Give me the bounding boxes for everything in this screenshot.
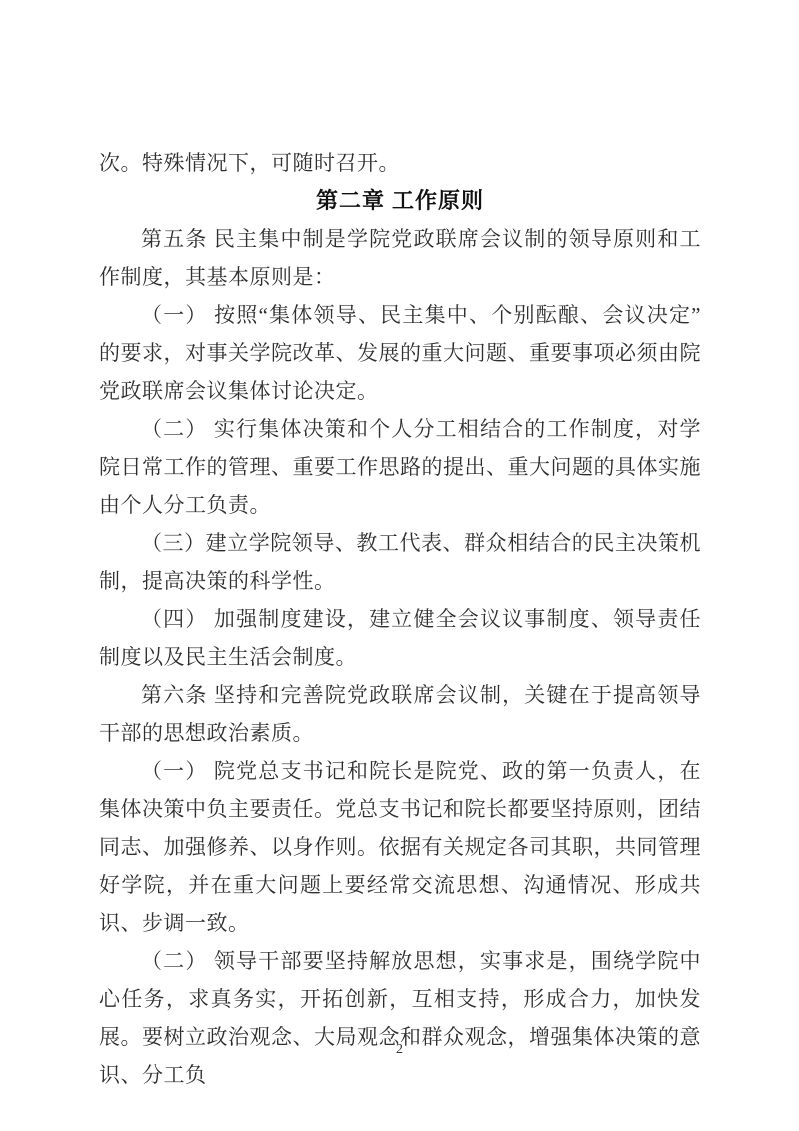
document-page: 次。特殊情况下，可随时召开。 第二章 工作原则 第五条 民主集中制是学院党政联席…: [0, 0, 799, 1131]
paragraph-item-3: （三）建立学院领导、教工代表、群众相结合的民主决策机制，提高决策的科学性。: [99, 524, 701, 600]
paragraph-item-2: （二） 实行集体决策和个人分工相结合的工作制度，对学院日常工作的管理、重要工作思…: [99, 410, 701, 524]
page-number: 2: [0, 1042, 799, 1058]
chapter-heading: 第二章 工作原则: [99, 182, 701, 220]
paragraph-article-6: 第六条 坚持和完善院党政联席会议制，关键在于提高领导干部的思想政治素质。: [99, 676, 701, 752]
paragraph-article-5: 第五条 民主集中制是学院党政联席会议制的领导原则和工作制度，其基本原则是：: [99, 220, 701, 296]
paragraph-article-6-item-1: （一） 院党总支书记和院长是院党、政的第一负责人，在集体决策中负主要责任。党总支…: [99, 752, 701, 942]
paragraph-continuation: 次。特殊情况下，可随时召开。: [99, 144, 701, 182]
paragraph-item-1: （一） 按照“集体领导、民主集中、个别酝酿、会议决定”的要求，对事关学院改革、发…: [99, 296, 701, 410]
paragraph-item-4: （四） 加强制度建设，建立健全会议议事制度、领导责任制度以及民主生活会制度。: [99, 600, 701, 676]
document-body: 次。特殊情况下，可随时召开。 第二章 工作原则 第五条 民主集中制是学院党政联席…: [99, 144, 701, 1094]
paragraph-article-6-item-2: （二） 领导干部要坚持解放思想，实事求是，围绕学院中心任务，求真务实，开拓创新，…: [99, 942, 701, 1094]
